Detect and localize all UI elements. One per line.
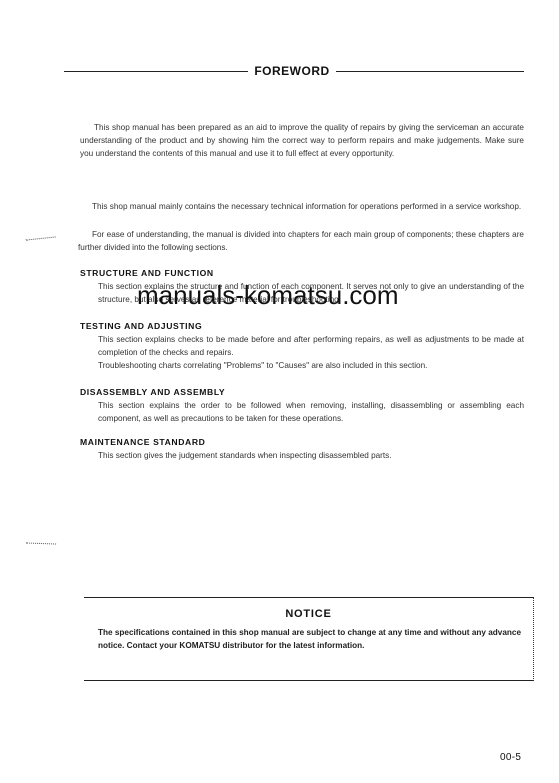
foreword-header: FOREWORD [64, 62, 524, 80]
notice-title: NOTICE [84, 607, 533, 621]
intro-paragraph-1: This shop manual has been prepared as an… [80, 121, 524, 160]
intro-paragraph-1-text: This shop manual has been prepared as an… [80, 123, 524, 158]
section-disassembly-and-assembly: DISASSEMBLY AND ASSEMBLY This section ex… [80, 386, 524, 425]
section-heading: DISASSEMBLY AND ASSEMBLY [80, 386, 524, 398]
section-body: This section gives the judgement standar… [98, 449, 524, 462]
margin-scan-mark [26, 542, 56, 550]
section-maintenance-standard: MAINTENANCE STANDARD This section gives … [80, 436, 524, 462]
section-heading: MAINTENANCE STANDARD [80, 436, 524, 448]
intro-paragraph-3: For ease of understanding, the manual is… [78, 228, 524, 254]
intro-paragraph-3-text: For ease of understanding, the manual is… [78, 230, 524, 252]
notice-box: NOTICE The specifications contained in t… [84, 597, 534, 681]
page-title: FOREWORD [248, 62, 336, 80]
section-testing-and-adjusting: TESTING AND ADJUSTING This section expla… [80, 320, 524, 372]
intro-paragraph-2-text: This shop manual mainly contains the nec… [92, 202, 521, 211]
section-body: This section explains the order to be fo… [98, 399, 524, 425]
section-body: This section explains checks to be made … [98, 333, 524, 359]
header-rule-left [64, 71, 248, 72]
section-heading: STRUCTURE AND FUNCTION [80, 267, 524, 279]
section-body-2: Troubleshooting charts correlating "Prob… [98, 359, 524, 372]
page-number: 00-5 [500, 752, 521, 763]
watermark: manuals-komatsu.com [137, 280, 399, 310]
header-rule-right [336, 71, 524, 72]
margin-scan-mark [26, 236, 57, 246]
notice-text: The specifications contained in this sho… [98, 626, 521, 652]
section-heading: TESTING AND ADJUSTING [80, 320, 524, 332]
intro-paragraph-2: This shop manual mainly contains the nec… [78, 200, 524, 213]
